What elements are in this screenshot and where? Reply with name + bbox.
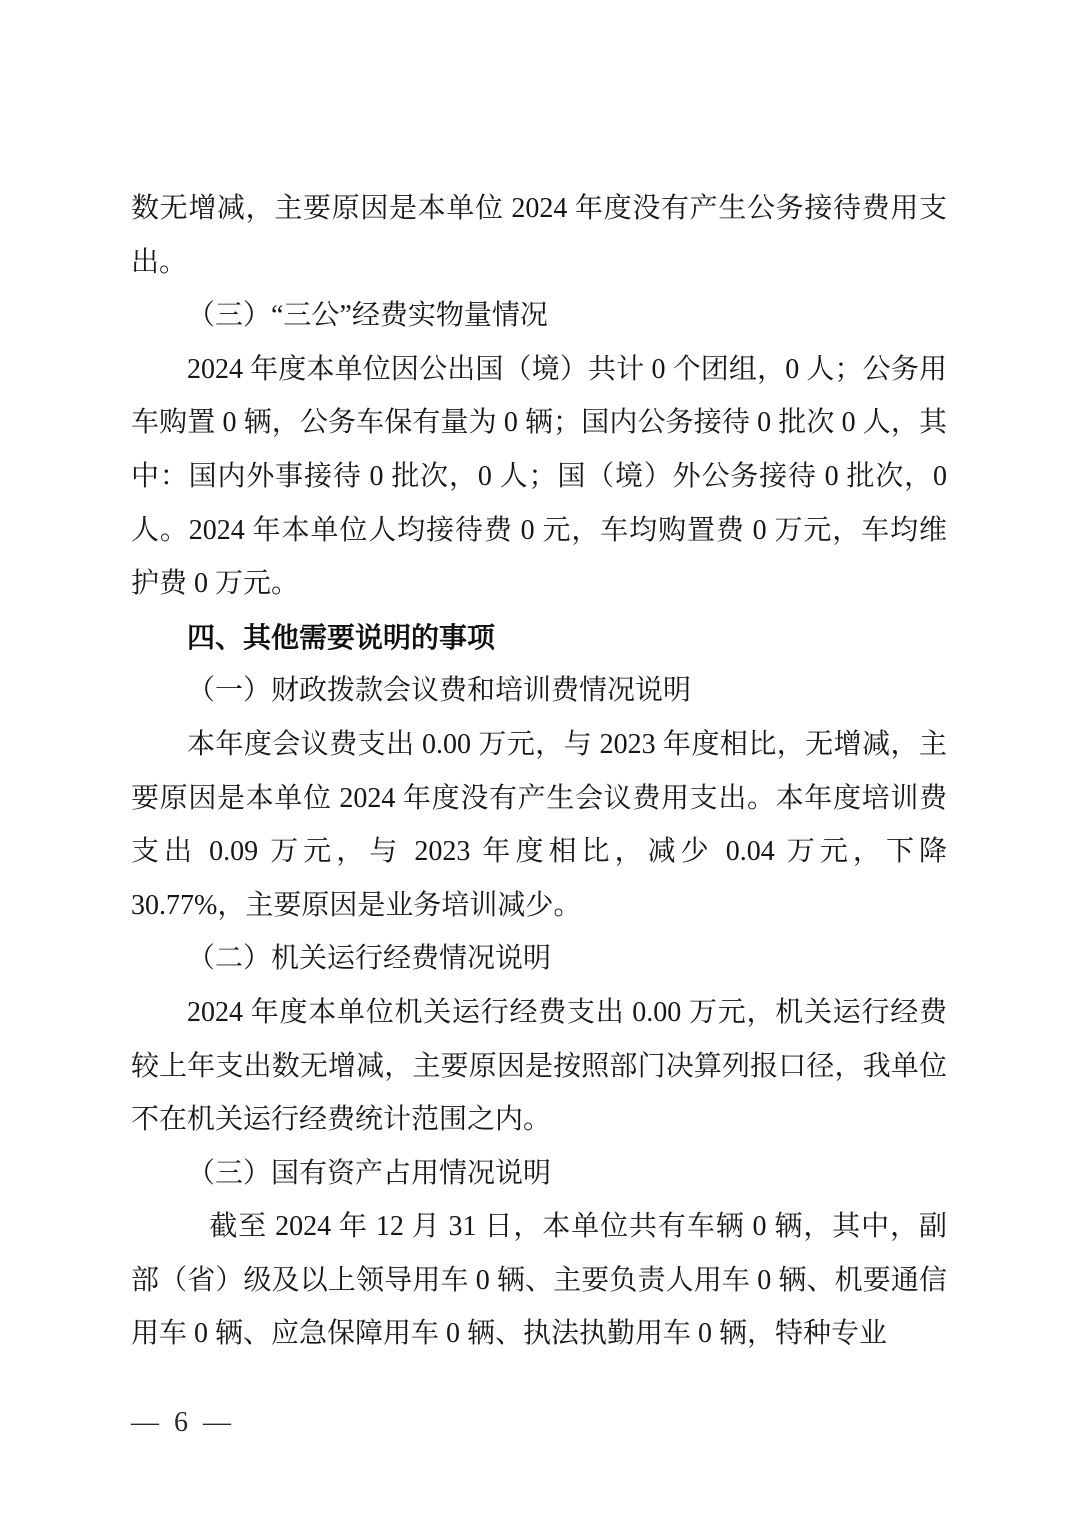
paragraph-operation-funds-details: 2024 年度本单位机关运行经费支出 0.00 万元，机关运行经费较上年支出数无… bbox=[131, 986, 947, 1147]
subheading-state-assets-occupancy: （三）国有资产占用情况说明 bbox=[131, 1147, 947, 1201]
heading-other-matters: 四、其他需要说明的事项 bbox=[131, 611, 947, 665]
document-body: 数无增减，主要原因是本单位 2024 年度没有产生公务接待费用支出。 （三）“三… bbox=[131, 182, 947, 1361]
page-number: — 6 — bbox=[131, 1403, 232, 1443]
document-page: 数无增减，主要原因是本单位 2024 年度没有产生公务接待费用支出。 （三）“三… bbox=[0, 0, 1075, 1520]
subheading-three-public-expenses-physical: （三）“三公”经费实物量情况 bbox=[131, 289, 947, 343]
paragraph-meeting-training-details: 本年度会议费支出 0.00 万元，与 2023 年度相比，无增减，主要原因是本单… bbox=[131, 718, 947, 932]
paragraph-state-assets-details: 截至 2024 年 12 月 31 日，本单位共有车辆 0 辆，其中，副部（省）… bbox=[131, 1200, 947, 1361]
paragraph-three-public-physical-details: 2024 年度本单位因公出国（境）共计 0 个团组，0 人；公务用车购置 0 辆… bbox=[131, 343, 947, 611]
subheading-operation-funds: （二）机关运行经费情况说明 bbox=[131, 932, 947, 986]
subheading-meeting-training-fees: （一）财政拨款会议费和培训费情况说明 bbox=[131, 664, 947, 718]
paragraph-hospitality-carryover: 数无增减，主要原因是本单位 2024 年度没有产生公务接待费用支出。 bbox=[131, 182, 947, 289]
